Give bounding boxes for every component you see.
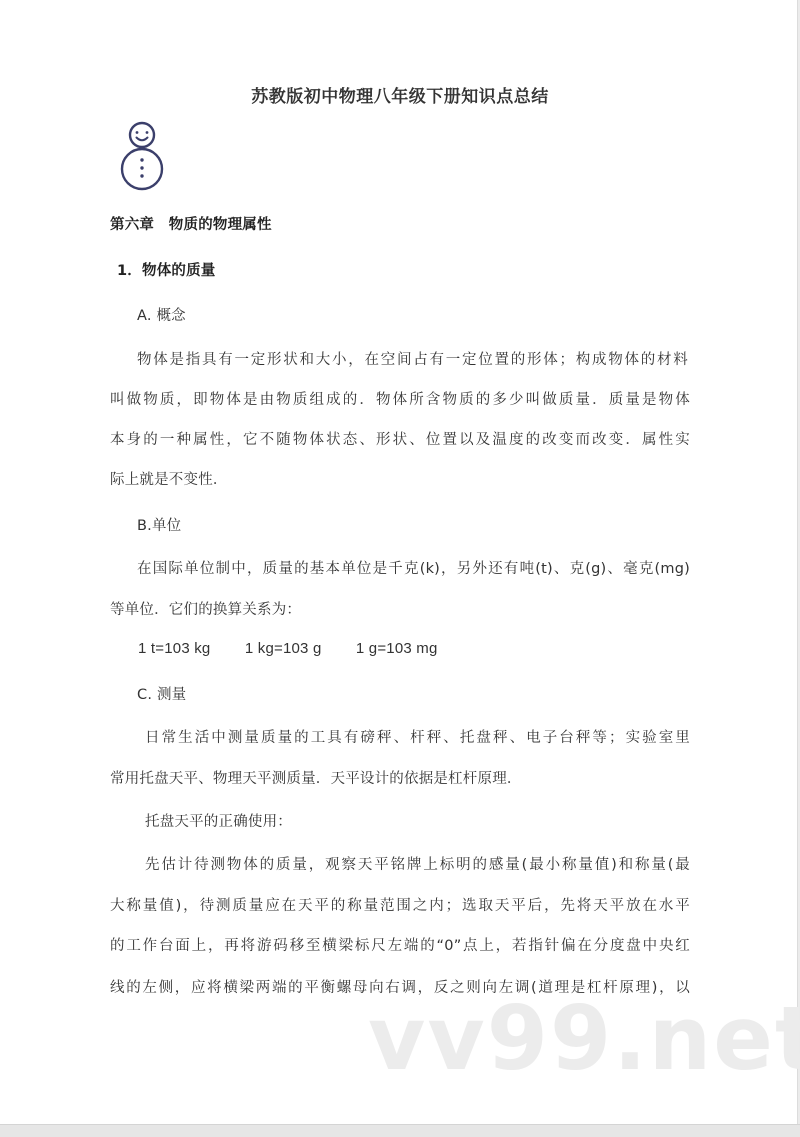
- paragraph-concept-line: 物体是指具有一定形状和大小，在空间占有一定位置的形体；构成物体的材料: [137, 348, 688, 369]
- paragraph-concept-line: 叫做物质，即物体是由物质组成的．物体所含物质的多少叫做质量．质量是物体: [110, 388, 690, 409]
- watermark: vv99.net: [368, 995, 800, 1083]
- paragraph-balance-usage-line: 大称量值)，待测质量应在天平的称量范围之内；选取天平后，先将天平放在水平: [110, 894, 690, 915]
- snowman-icon: [115, 118, 169, 196]
- paragraph-unit-line: 在国际单位制中，质量的基本单位是千克(k)，另外还有吨(t)、克(g)、毫克(m…: [137, 557, 690, 578]
- paragraph-measurement-line: 日常生活中测量质量的工具有磅秤、杆秤、托盘秤、电子台秤等；实验室里: [145, 726, 690, 747]
- chapter-heading: 第六章 物质的物理属性: [110, 213, 272, 234]
- conversion-t-kg: 1 t=103 kg: [138, 640, 210, 657]
- conversion-g-mg: 1 g=103 mg: [356, 640, 438, 657]
- subsection-c-label: C. 测量: [137, 683, 186, 704]
- unit-conversions: 1 t=103 kg 1 kg=103 g 1 g=103 mg: [138, 640, 468, 657]
- paragraph-unit-line: 等单位．它们的换算关系为：: [110, 598, 690, 619]
- subsection-b-label: B.单位: [137, 514, 181, 535]
- subsection-a-label: A. 概念: [137, 304, 186, 325]
- paragraph-balance-usage-line: 先估计待测物体的质量，观察天平铭牌上标明的感量(最小称量值)和称量(最: [145, 853, 690, 874]
- section-heading: 1．物体的质量: [117, 259, 216, 280]
- paragraph-concept-line: 际上就是不变性．: [110, 468, 690, 489]
- balance-usage-heading: 托盘天平的正确使用：: [145, 810, 292, 831]
- document-title: 苏教版初中物理八年级下册知识点总结: [0, 82, 800, 107]
- page-bottom-edge: [0, 1124, 800, 1137]
- document-page: 苏教版初中物理八年级下册知识点总结 第六章 物质的物理属性 1．物体的质量 A.…: [0, 0, 798, 1125]
- paragraph-measurement-line: 常用托盘天平、物理天平测质量．天平设计的依据是杠杆原理．: [110, 767, 690, 788]
- paragraph-balance-usage-line: 的工作台面上，再将游码移至横梁标尺左端的“0”点上，若指针偏在分度盘中央红: [110, 934, 690, 955]
- conversion-kg-g: 1 kg=103 g: [245, 640, 322, 657]
- paragraph-concept-line: 本身的一种属性，它不随物体状态、形状、位置以及温度的改变而改变．属性实: [110, 428, 690, 449]
